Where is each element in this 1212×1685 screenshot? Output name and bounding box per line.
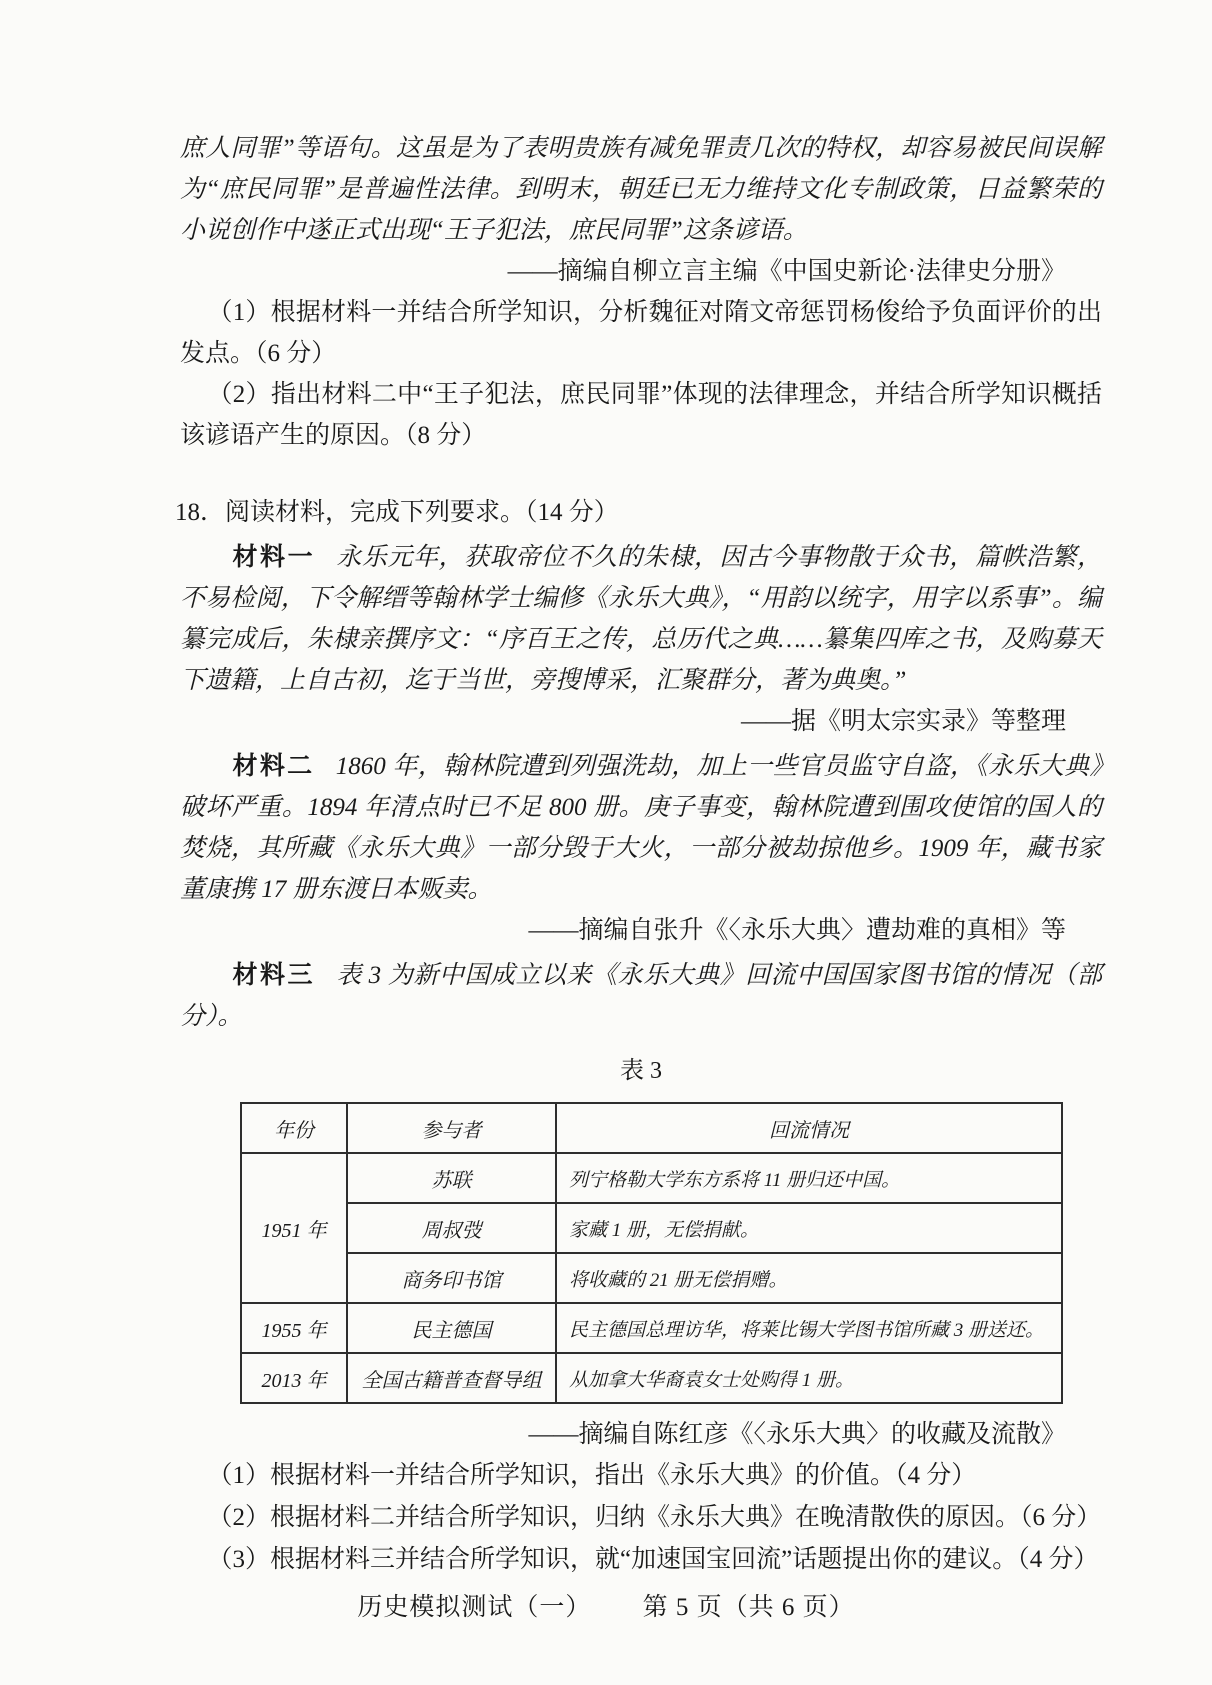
q18-question-2: （2）根据材料二并结合所学知识，归纳《永乐大典》在晚清散佚的原因。（6 分） xyxy=(180,1497,1102,1539)
header-participant: 参与者 xyxy=(347,1103,556,1153)
material-1-paragraph: 材料一永乐元年，获取帝位不久的朱棣，因古今事物散于众书，篇帙浩繁，不易检阅，下令… xyxy=(180,537,1102,701)
material-3-paragraph: 材料三表 3 为新中国成立以来《永乐大典》回流中国国家图书馆的情况（部分）。 xyxy=(180,955,1102,1037)
material-1-text: 永乐元年，获取帝位不久的朱棣，因古今事物散于众书，篇帙浩繁，不易检阅，下令解缙等… xyxy=(180,544,1102,694)
material-3-label: 材料三 xyxy=(233,962,316,989)
material-2-label: 材料二 xyxy=(233,753,315,780)
cell-participant-east-germany: 民主德国 xyxy=(347,1303,556,1353)
q17-source-line: ——摘编自柳立言主编《中国史新论·法律史分册》 xyxy=(180,251,1102,292)
footer-title: 历史模拟测试（一） xyxy=(357,1594,591,1621)
cell-detail-soviet: 列宁格勒大学东方系将 11 册归还中国。 xyxy=(556,1153,1062,1203)
q17-question-1: （1）根据材料一并结合所学知识，分析魏征对隋文帝惩罚杨俊给予负面评价的出发点。（… xyxy=(180,292,1102,374)
cell-participant-zhoushutao: 周叔弢 xyxy=(347,1203,556,1253)
cell-year-2013: 2013 年 xyxy=(241,1353,347,1403)
material-2-source: ——摘编自张升《〈永乐大典〉遭劫难的真相》等 xyxy=(180,910,1102,951)
header-return-status: 回流情况 xyxy=(556,1103,1062,1153)
table-3-caption: 表 3 xyxy=(180,1051,1102,1092)
cell-participant-survey-group: 全国古籍普查督导组 xyxy=(347,1353,556,1403)
table-row: 1955 年 民主德国 民主德国总理访华，将莱比锡大学图书馆所藏 3 册送还。 xyxy=(241,1303,1062,1353)
cell-detail-zhoushutao: 家藏 1 册，无偿捐献。 xyxy=(556,1203,1062,1253)
cell-participant-commercial-press: 商务印书馆 xyxy=(347,1253,556,1303)
q18-question-1: （1）根据材料一并结合所学知识，指出《永乐大典》的价值。（4 分） xyxy=(180,1455,1102,1497)
page-content: 庶人同罪”等语句。这虽是为了表明贵族有减免罪责几次的特权，却容易被民间误解为“庶… xyxy=(180,124,1102,1581)
material-3-text: 表 3 为新中国成立以来《永乐大典》回流中国国家图书馆的情况（部分）。 xyxy=(180,962,1102,1030)
table-row: 周叔弢 家藏 1 册，无偿捐献。 xyxy=(241,1203,1062,1253)
q17-continuation-text: 庶人同罪”等语句。这虽是为了表明贵族有减免罪责几次的特权，却容易被民间误解为“庶… xyxy=(180,135,1102,244)
material-3-source: ——摘编自陈红彦《〈永乐大典〉的收藏及流散》 xyxy=(180,1414,1102,1455)
q18-question-3: （3）根据材料三并结合所学知识，就“加速国宝回流”话题提出你的建议。（4 分） xyxy=(180,1539,1102,1581)
page-footer: 历史模拟测试（一） 第 5 页（共 6 页） xyxy=(0,1587,1212,1623)
cell-detail-commercial-press: 将收藏的 21 册无偿捐赠。 xyxy=(556,1253,1062,1303)
cell-detail-survey-group: 从加拿大华裔袁女士处购得 1 册。 xyxy=(556,1353,1062,1403)
section-gap xyxy=(180,456,1102,490)
q18-number-header: 18．阅读材料，完成下列要求。（14 分） xyxy=(180,492,1102,533)
cell-year-1951: 1951 年 xyxy=(241,1153,347,1303)
cell-detail-east-germany: 民主德国总理访华，将莱比锡大学图书馆所藏 3 册送还。 xyxy=(556,1303,1062,1353)
cell-participant-soviet: 苏联 xyxy=(347,1153,556,1203)
material-2-text: 1860 年，翰林院遭到列强洗劫，加上一些官员监守自盗，《永乐大典》破坏严重。1… xyxy=(180,753,1102,903)
material-1-source: ——据《明太宗实录》等整理 xyxy=(180,701,1102,742)
cell-year-1955: 1955 年 xyxy=(241,1303,347,1353)
yongle-return-table: 年份 参与者 回流情况 1951 年 苏联 列宁格勒大学东方系将 11 册归还中… xyxy=(240,1102,1063,1404)
material-2-paragraph: 材料二1860 年，翰林院遭到列强洗劫，加上一些官员监守自盗，《永乐大典》破坏严… xyxy=(180,746,1102,910)
exam-page: { "colors": { "paper": "#fbfbf9", "ink":… xyxy=(0,0,1212,1685)
table-row: 2013 年 全国古籍普查督导组 从加拿大华裔袁女士处购得 1 册。 xyxy=(241,1353,1062,1403)
table-row: 商务印书馆 将收藏的 21 册无偿捐赠。 xyxy=(241,1253,1062,1303)
footer-page-number: 第 5 页（共 6 页） xyxy=(643,1594,855,1621)
q17-continuation-paragraph: 庶人同罪”等语句。这虽是为了表明贵族有减免罪责几次的特权，却容易被民间误解为“庶… xyxy=(180,128,1102,251)
header-year: 年份 xyxy=(241,1103,347,1153)
material-1-label: 材料一 xyxy=(233,544,316,571)
q17-question-2: （2）指出材料二中“王子犯法，庶民同罪”体现的法律理念，并结合所学知识概括该谚语… xyxy=(180,374,1102,456)
table-row: 1951 年 苏联 列宁格勒大学东方系将 11 册归还中国。 xyxy=(241,1153,1062,1203)
table-header-row: 年份 参与者 回流情况 xyxy=(241,1103,1062,1153)
